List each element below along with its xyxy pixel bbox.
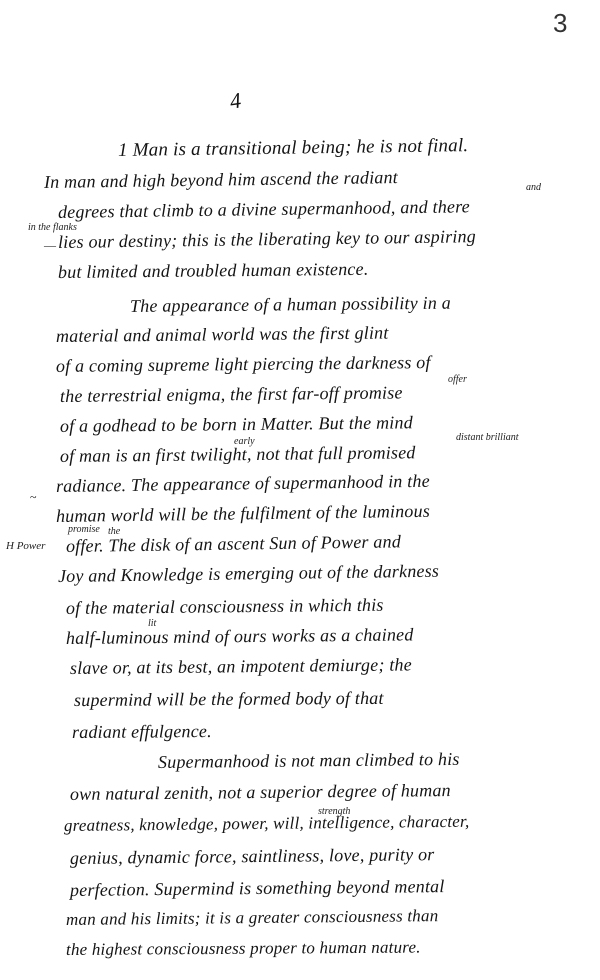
text-line: half-luminous mind of ours works as a ch… [66,624,414,649]
text-line: supermind will be the formed body of tha… [74,688,384,711]
margin-mark: — [44,238,56,253]
text-line: radiant effulgence. [72,721,212,743]
text-line: perfection. Supermind is something beyon… [70,876,445,901]
text-line: human world will be the fulfilment of th… [56,501,430,527]
text-line: degrees that climb to a divine supermanh… [58,196,470,223]
insertion: promise [68,524,100,535]
insertion: offer [448,374,467,385]
text-line: radiance. The appearance of supermanhood… [56,471,430,497]
text-line: of the material consciousness in which t… [66,595,384,619]
text-line: of man is an first twilight, not that fu… [60,442,416,467]
section-number: 4 [228,87,243,114]
text-line: Joy and Knowledge is emerging out of the… [58,561,439,587]
text-line: 1 Man is a transitional being; he is not… [118,135,469,162]
text-line: the terrestrial enigma, the first far-of… [60,382,403,407]
text-line: slave or, at its best, an impotent demiu… [70,654,412,679]
text-line: the highest consciousness proper to huma… [66,938,421,960]
margin-mark: ~ [30,490,37,505]
text-line: man and his limits; it is a greater cons… [66,906,439,930]
text-line: but limited and troubled human existence… [58,259,369,283]
text-line: genius, dynamic force, saintliness, love… [70,844,435,869]
margin-note: H Power [6,540,45,552]
insertion: and [526,182,541,193]
text-line: The appearance of a human possibility in… [130,293,451,317]
text-line: own natural zenith, not a superior degre… [70,780,451,805]
text-line: material and animal world was the first … [56,323,389,347]
page-number: 3 [553,8,567,39]
text-line: offer. The disk of an ascent Sun of Powe… [66,531,401,557]
text-line: of a coming supreme light piercing the d… [56,352,431,377]
text-line: In man and high beyond him ascend the ra… [44,167,398,193]
text-line: Supermanhood is not man climbed to his [158,749,460,773]
text-line: lies our destiny; this is the liberating… [58,226,476,253]
insertion: distant brilliant [456,432,519,443]
text-line: of a godhead to be born in Matter. But t… [60,412,413,437]
manuscript-page: 3 4 1 Man is a transitional being; he is… [0,0,600,980]
text-line: greatness, knowledge, power, will, intel… [64,812,470,836]
